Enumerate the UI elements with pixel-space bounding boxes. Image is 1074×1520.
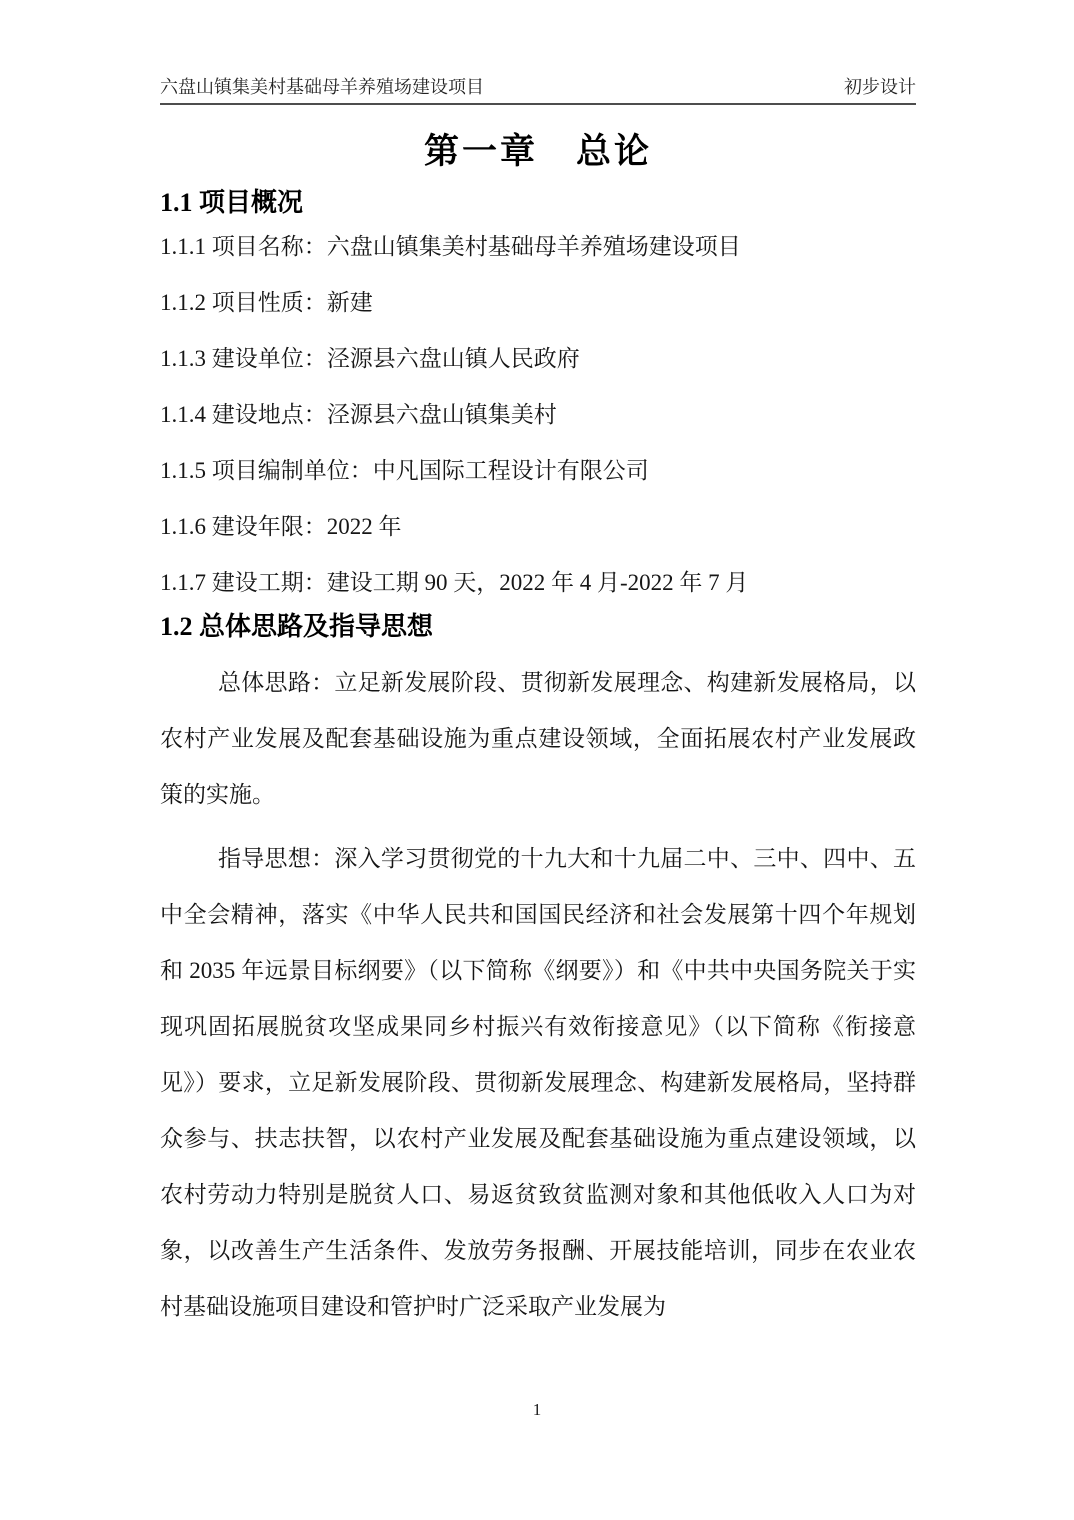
- document-page: 六盘山镇集美村基础母羊养殖场建设项目 初步设计 第一章 总论 1.1 项目概况 …: [0, 0, 1074, 1520]
- paragraph-general-approach: 总体思路：立足新发展阶段、贯彻新发展理念、构建新发展格局，以农村产业发展及配套基…: [160, 655, 916, 823]
- section-1-1-items: 1.1.1 项目名称：六盘山镇集美村基础母羊养殖场建设项目 1.1.2 项目性质…: [160, 219, 916, 611]
- section-heading-1-1: 1.1 项目概况: [160, 187, 916, 219]
- list-item-project-name: 1.1.1 项目名称：六盘山镇集美村基础母羊养殖场建设项目: [160, 219, 916, 275]
- section-heading-1-2: 1.2 总体思路及指导思想: [160, 611, 916, 643]
- list-item-construction-period: 1.1.7 建设工期：建设工期 90 天，2022 年 4 月-2022 年 7…: [160, 555, 916, 611]
- list-item-project-nature: 1.1.2 项目性质：新建: [160, 275, 916, 331]
- list-item-construction-unit: 1.1.3 建设单位：泾源县六盘山镇人民政府: [160, 331, 916, 387]
- header-project-title: 六盘山镇集美村基础母羊养殖场建设项目: [160, 76, 484, 98]
- page-number: 1: [0, 1400, 1074, 1420]
- chapter-title: 第一章 总论: [160, 131, 916, 173]
- header-doc-type: 初步设计: [844, 76, 916, 98]
- list-item-compiling-unit: 1.1.5 项目编制单位：中凡国际工程设计有限公司: [160, 443, 916, 499]
- paragraph-guiding-ideology: 指导思想：深入学习贯彻党的十九大和十九届二中、三中、四中、五中全会精神，落实《中…: [160, 831, 916, 1335]
- list-item-construction-year: 1.1.6 建设年限：2022 年: [160, 499, 916, 555]
- list-item-construction-site: 1.1.4 建设地点：泾源县六盘山镇集美村: [160, 387, 916, 443]
- page-header: 六盘山镇集美村基础母羊养殖场建设项目 初步设计: [160, 76, 916, 105]
